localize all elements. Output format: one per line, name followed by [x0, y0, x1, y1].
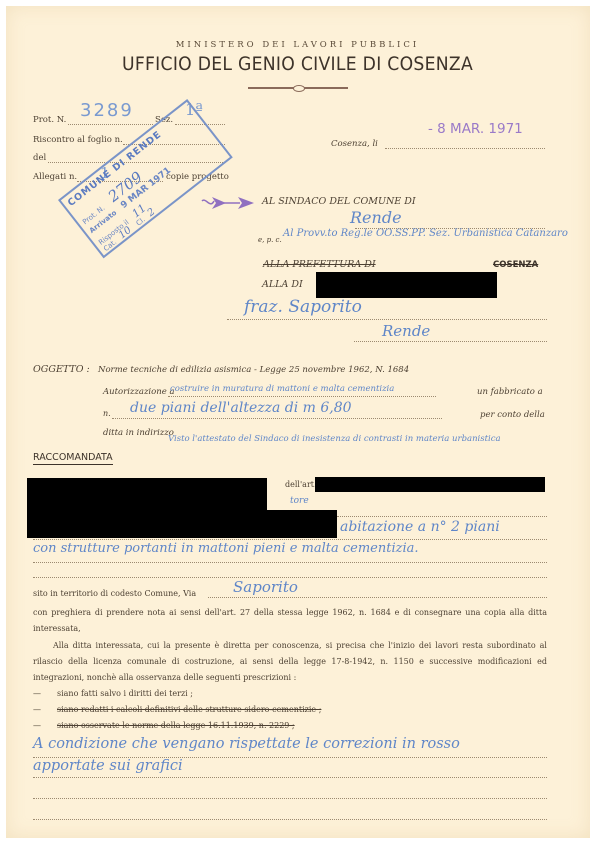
sindaco-label: AL SINDACO DEL COMUNE DI	[262, 196, 416, 207]
per-conto-label: per conto della	[480, 410, 545, 420]
handwritten-condition-2: apportate sui grafici	[33, 758, 183, 774]
prot-label: Prot. N.	[33, 115, 66, 125]
ornament-divider	[248, 87, 348, 89]
n-line	[112, 418, 442, 419]
office-heading: UFFICIO DEL GENIO CIVILE DI COSENZA	[21, 54, 574, 75]
condition-line-3	[33, 798, 547, 799]
sito-line	[208, 597, 547, 598]
place-label: Cosenza, li	[331, 139, 378, 149]
ministry-heading: MINISTERO DEI LAVORI PUBBLICI	[0, 40, 595, 50]
prefettura-value: COSENZA	[493, 260, 538, 270]
body-line-3	[33, 562, 547, 563]
stamp-cl-value: 2	[146, 206, 158, 219]
handwritten-2: abitazione a n° 2 piani	[340, 519, 500, 535]
autorizzazione-label: Autorizzazione a	[103, 387, 175, 397]
sindaco-value: Rende	[350, 208, 402, 227]
date-stamp: - 8 MAR. 1971	[428, 121, 523, 137]
autorizzazione-value: costruire in muratura di mattoni e malta…	[170, 384, 394, 394]
oggetto-label: OGGETTO :	[33, 364, 90, 375]
addressee-line-2	[354, 341, 547, 342]
sito-label: sito in territorio di codesto Comune, Vi…	[33, 589, 196, 598]
condition-line-4	[33, 819, 547, 820]
prescription-item: —siano redatti i calcoli definitivi dell…	[33, 705, 321, 714]
arrow-icon	[200, 195, 255, 215]
ditta-label: ditta in indirizzo	[103, 428, 174, 438]
redaction-block	[315, 477, 545, 492]
epc-label: e, p. c.	[258, 236, 282, 244]
redaction-block	[27, 478, 267, 512]
handwritten-3: con strutture portanti in mattoni pieni …	[33, 541, 419, 556]
addressee-value-1: fraz. Saporito	[244, 297, 362, 317]
paragraph-2: Alla ditta interessata, cui la presente …	[33, 638, 547, 686]
paragraph-1: con preghiera di prendere nota ai sensi …	[33, 605, 547, 637]
prot-value: 3289	[80, 100, 134, 121]
redaction-block	[316, 272, 497, 298]
addressee-line-1	[227, 319, 547, 320]
handwritten-condition-1: A condizione che vengano rispettate le c…	[33, 736, 460, 752]
date-line	[385, 148, 545, 149]
sito-value: Saporito	[233, 578, 298, 596]
visto-note: Visto l'attestato del Sindaco di inesist…	[168, 434, 501, 444]
redaction-block	[27, 510, 337, 538]
del-label: del	[33, 153, 46, 163]
prescription-item: —siano fatti salvo i diritti dei terzi ;	[33, 689, 193, 698]
riscontro-label: Riscontro al foglio n.	[33, 135, 123, 145]
n-label: n.	[103, 409, 111, 418]
allegati-label: Allegati n.	[33, 172, 77, 182]
alla-di-label: ALLA DI	[262, 279, 303, 290]
epc-value: Al Provv.to Reg.le OO.SS.PP. Sez. Urbani…	[283, 228, 568, 239]
body-line-1	[337, 516, 547, 517]
n-value: due piani dell'altezza di m 6,80	[130, 400, 352, 416]
autorizzazione-line	[168, 396, 436, 397]
addressee-value-2: Rende	[382, 322, 430, 340]
handwritten-1: tore	[290, 496, 309, 506]
condition-line-2	[33, 777, 547, 778]
prefettura-label: ALLA PREFETTURA DI	[263, 259, 376, 270]
fabbricato-label: un fabbricato a	[477, 387, 543, 397]
prescription-item: —siano osservate le norme della legge 16…	[33, 721, 295, 730]
raccomandata-label: RACCOMANDATA	[33, 452, 113, 465]
oggetto-text: Norme tecniche di edilizia asismica - Le…	[98, 365, 409, 375]
body-line-2	[33, 539, 547, 540]
prot-line	[68, 124, 153, 125]
stamp-cl-label: Cl.	[135, 216, 147, 228]
